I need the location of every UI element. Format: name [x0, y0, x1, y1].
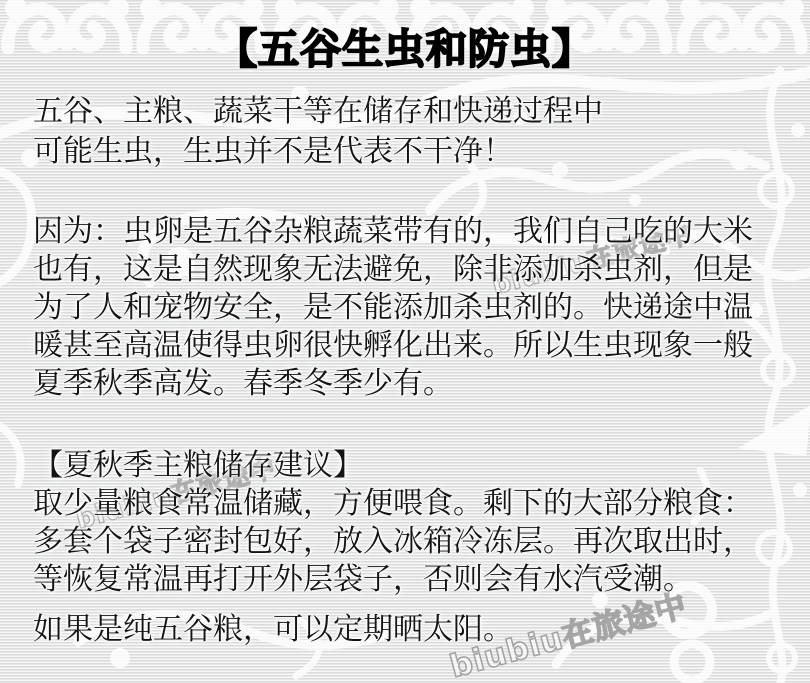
advice-line-2: 多套个袋子密封包好，放入冰箱冷冻层。再次取出时，	[33, 523, 753, 561]
reason-line-4: 暖甚至高温使得虫卵很快孵化出来。所以生虫现象一般	[33, 327, 753, 365]
advice-heading-text: 【夏秋季主粮储存建议】	[33, 447, 363, 485]
intro-line-1: 五谷、主粮、蔬菜干等在储存和快递过程中	[33, 92, 603, 132]
intro-line-2: 可能生虫，生虫并不是代表不干净！	[33, 132, 603, 172]
advice-last-line-paragraph: 如果是纯五谷粮，可以定期晒太阳。	[33, 611, 513, 649]
reason-line-3: 为了人和宠物安全，是不能添加杀虫剂的。快递途中温	[33, 289, 753, 327]
advice-line-1: 取少量粮食常温储藏，方便喂食。剩下的大部分粮食：	[33, 485, 753, 523]
advice-line-4: 如果是纯五谷粮，可以定期晒太阳。	[33, 611, 513, 649]
page-title: 【五谷生虫和防虫】	[0, 16, 810, 75]
advice-paragraph: 取少量粮食常温储藏，方便喂食。剩下的大部分粮食： 多套个袋子密封包好，放入冰箱冷…	[33, 485, 753, 599]
reason-line-5: 夏季秋季高发。春季冬季少有。	[33, 365, 753, 403]
advice-line-3: 等恢复常温再打开外层袋子，否则会有水汽受潮。	[33, 561, 753, 599]
reason-line-1: 因为：虫卵是五谷杂粮蔬菜带有的，我们自己吃的大米	[33, 213, 753, 251]
advice-section-heading: 【夏秋季主粮储存建议】	[33, 447, 363, 485]
info-card: biubiu在旅途中 biubiu在旅途中 biubiu在旅途中 【五谷生虫和防…	[0, 0, 810, 683]
intro-paragraph: 五谷、主粮、蔬菜干等在储存和快递过程中 可能生虫，生虫并不是代表不干净！	[33, 92, 603, 172]
reason-line-2: 也有，这是自然现象无法避免，除非添加杀虫剂，但是	[33, 251, 753, 289]
reason-paragraph: 因为：虫卵是五谷杂粮蔬菜带有的，我们自己吃的大米 也有，这是自然现象无法避免，除…	[33, 213, 753, 403]
